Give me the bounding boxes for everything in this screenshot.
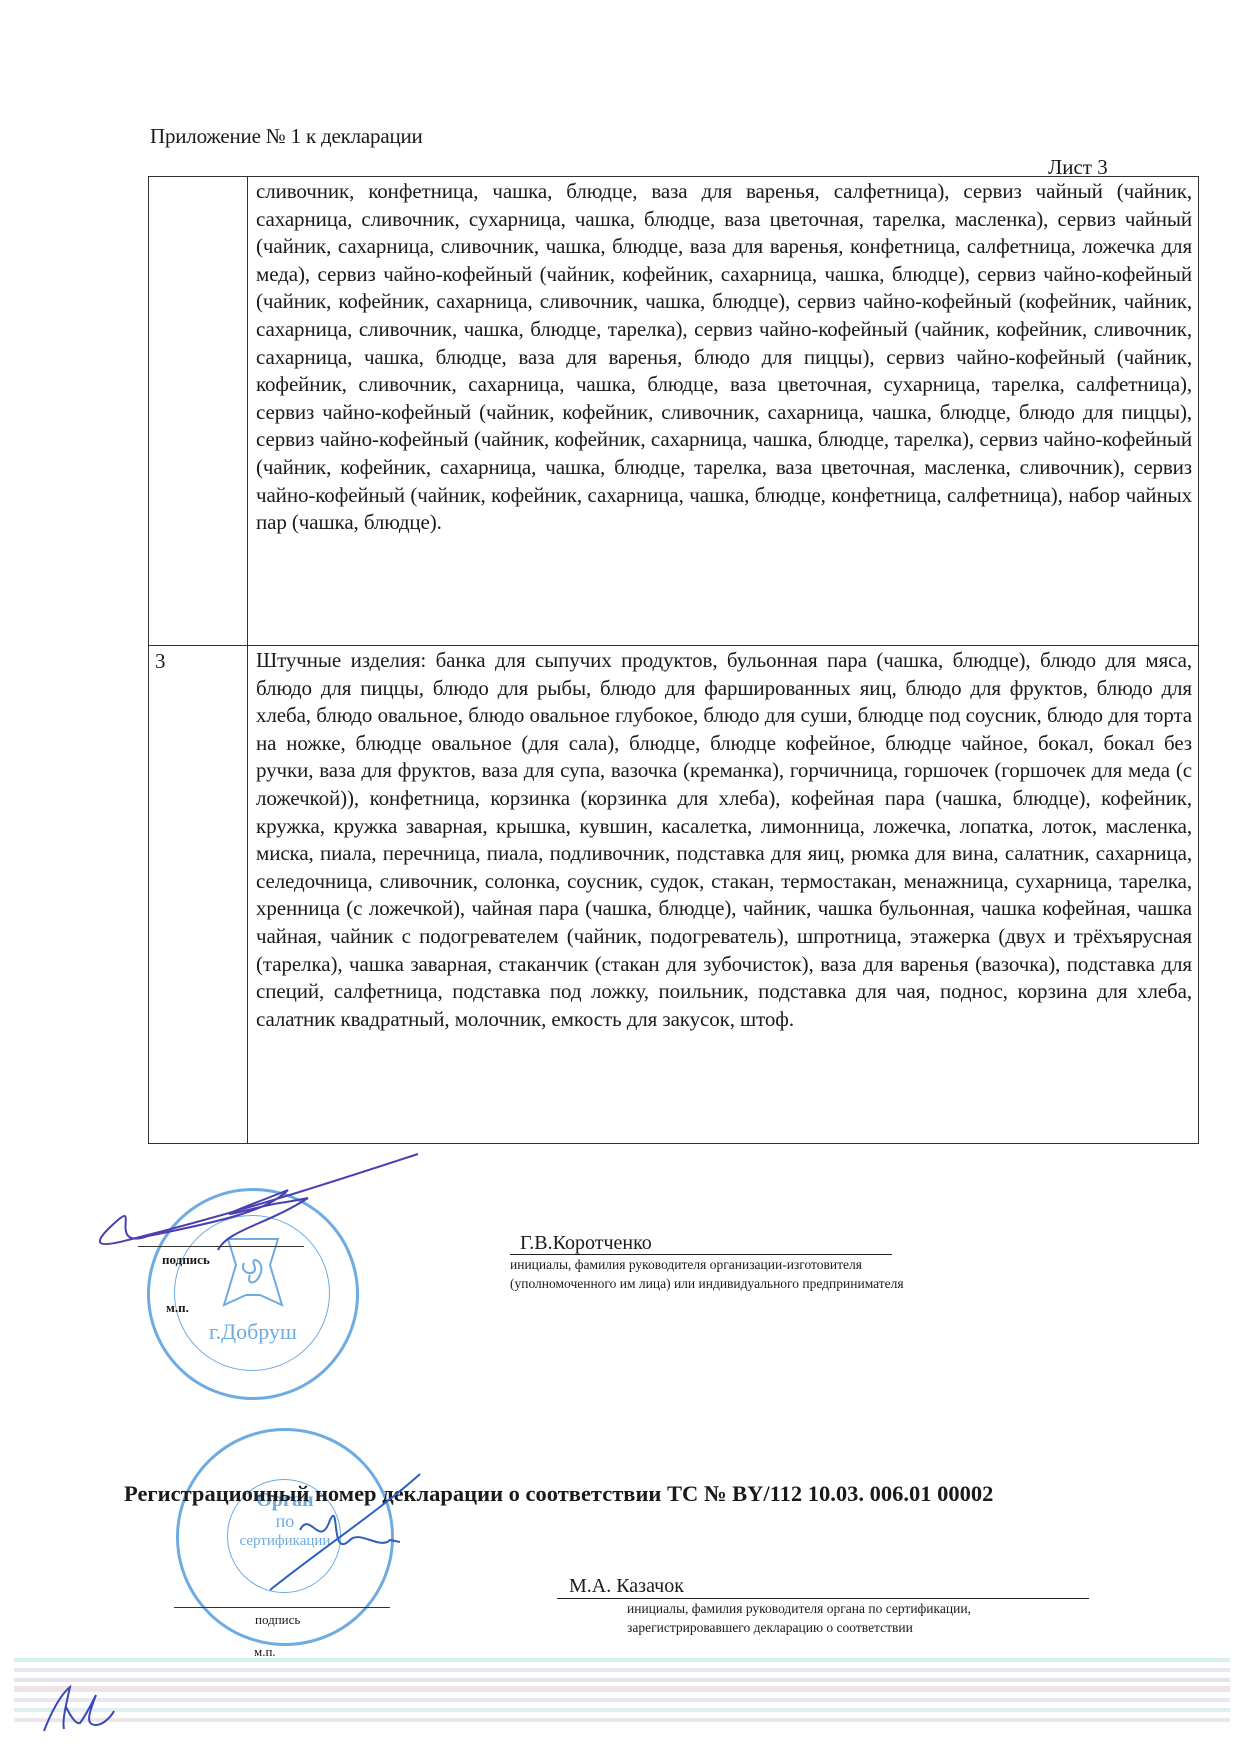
certification-signature-icon (240, 1470, 440, 1600)
manufacturer-signature-icon (88, 1150, 428, 1270)
table-row: сливочник, конфетница, чашка, блюдце, ва… (149, 177, 1199, 646)
product-list-table: сливочник, конфетница, чашка, блюдце, ва… (148, 176, 1199, 1144)
manufacturer-caption-line1: инициалы, фамилия руководителя организац… (510, 1255, 904, 1274)
seal-label: м.п. (166, 1300, 189, 1316)
row-number: 3 (149, 646, 248, 1144)
signature-label: подпись (162, 1252, 210, 1268)
certification-caption-line1: инициалы, фамилия руководителя органа по… (557, 1599, 1089, 1618)
table-row: 3 Штучные изделия: банка для сыпучих про… (149, 646, 1199, 1144)
security-stripes (0, 1652, 1240, 1732)
certification-signatory: М.А. Казачок инициалы, фамилия руководит… (557, 1574, 1089, 1637)
signature-line (138, 1246, 304, 1247)
manufacturer-caption-line2: (уполномоченного им лица) или индивидуал… (510, 1274, 904, 1293)
certification-head-name: М.А. Казачок (557, 1574, 1089, 1599)
signature-label: подпись (255, 1612, 300, 1628)
manufacturer-signatory: Г.В.Коротченко инициалы, фамилия руковод… (510, 1232, 904, 1293)
certification-caption-line2: зарегистрировавшего декларацию о соответ… (557, 1618, 1089, 1637)
row-number (149, 177, 248, 646)
stamp-city: г.Добруш (150, 1319, 356, 1345)
appendix-title: Приложение № 1 к декларации (150, 124, 423, 149)
manufacturer-head-name: Г.В.Коротченко (510, 1232, 892, 1255)
row-description: Штучные изделия: банка для сыпучих проду… (248, 646, 1199, 1144)
initials-signature-icon (40, 1685, 130, 1735)
row-description: сливочник, конфетница, чашка, блюдце, ва… (248, 177, 1199, 646)
signature-line (174, 1607, 390, 1608)
